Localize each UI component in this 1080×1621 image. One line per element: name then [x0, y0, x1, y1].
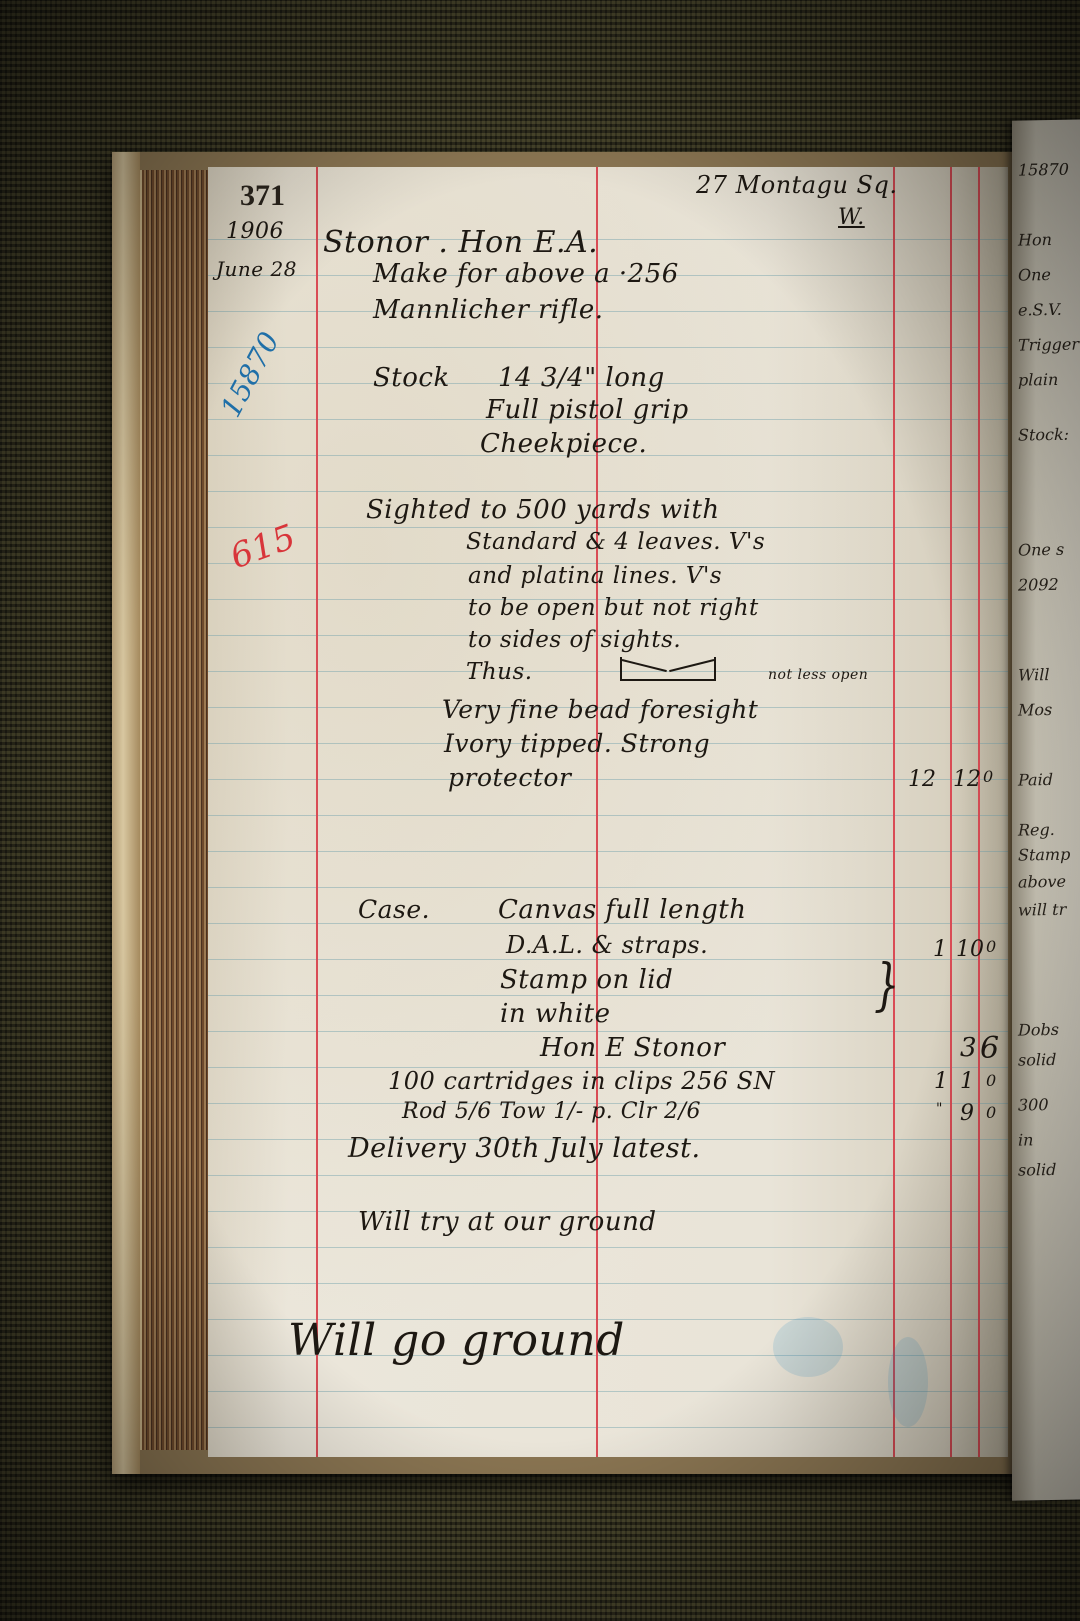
fragment-text: Stamp — [1018, 845, 1070, 865]
fragment-text: Will — [1018, 665, 1050, 685]
fragment-text: Reg. — [1018, 820, 1055, 840]
ruled-line — [208, 1175, 1008, 1176]
ink-stain — [773, 1317, 843, 1377]
entry-line: Mannlicher rifle. — [373, 295, 603, 325]
signature-note: Will go ground — [288, 1315, 625, 1366]
entry-line: Will try at our ground — [358, 1207, 656, 1237]
fragment-text: in — [1018, 1130, 1033, 1149]
amount-shillings: 9 — [960, 1101, 974, 1126]
entry-line: Hon E Stonor — [540, 1033, 725, 1063]
center-rule — [596, 167, 598, 1457]
address-line1: 27 Montagu Sq. — [696, 171, 897, 199]
fragment-text: Stock: — [1018, 425, 1069, 445]
entry-line: to sides of sights. — [468, 627, 681, 653]
page-number: 371 — [240, 179, 285, 213]
brace: } — [874, 954, 900, 1018]
fragment-text: solid — [1018, 1050, 1056, 1070]
ruled-line — [208, 815, 1008, 816]
fragment-text: 2092 — [1018, 575, 1059, 595]
margin-rule — [316, 167, 318, 1457]
ruled-line — [208, 1031, 1008, 1032]
entry-line: to be open but not right — [468, 595, 759, 621]
page-block-edges — [140, 170, 212, 1450]
amount-pounds: 1 — [933, 937, 947, 962]
entry-line: Cheekpiece. — [480, 429, 647, 459]
amount-pence: 0 — [983, 767, 993, 786]
fragment-text: above — [1018, 872, 1066, 892]
blue-margin-note: 15870 — [214, 326, 286, 422]
entry-date: June 28 — [216, 257, 297, 281]
ruled-line — [208, 851, 1008, 852]
amount-shillings: 3 — [960, 1033, 977, 1063]
ink-stain — [888, 1337, 928, 1427]
amount-pence: 0 — [986, 1103, 996, 1122]
entry-line: 100 cartridges in clips 256 SN — [388, 1067, 775, 1095]
amount-pence: 0 — [986, 937, 996, 956]
rear-sight-sketch — [620, 657, 716, 681]
entry-line: Standard & 4 leaves. V's — [466, 529, 765, 555]
pence-column-rule — [978, 167, 980, 1457]
entry-line: Make for above a ·256 — [373, 259, 679, 289]
entry-line: Delivery 30th July latest. — [348, 1133, 701, 1164]
fragment-text: Dobs — [1018, 1020, 1059, 1040]
next-page-fragment: 15870 Hon One e.S.V. Trigger plain Stock… — [1012, 119, 1080, 1500]
book-cover-edge — [112, 152, 140, 1474]
ruled-line — [208, 779, 1008, 780]
fragment-text: Mos — [1018, 700, 1052, 720]
amount-shillings: 1 — [960, 1069, 974, 1094]
ruled-line — [208, 311, 1008, 312]
amount-shillings: 12 — [953, 767, 981, 792]
ledger-page: 371 1906 June 28 Stonor . Hon E.A. 27 Mo… — [208, 167, 1008, 1457]
ruled-line — [208, 1427, 1008, 1428]
entry-line: Ivory tipped. Strong — [444, 729, 710, 758]
address-line2: W. — [838, 205, 865, 230]
ruled-line — [208, 1283, 1008, 1284]
entry-line: protector — [448, 763, 571, 792]
fragment-text: will tr — [1018, 900, 1066, 920]
entry-line: not less open — [768, 667, 868, 683]
fragment-text: plain — [1018, 370, 1058, 390]
amount-pounds: 1 — [934, 1069, 948, 1094]
ruled-line — [208, 1247, 1008, 1248]
amount-shillings: 10 — [956, 937, 984, 962]
entry-line: Very fine bead foresight — [442, 695, 758, 724]
entry-line: Case. — [358, 895, 430, 924]
fragment-text: One s — [1018, 540, 1064, 560]
entry-line: 14 3/4" long — [498, 363, 665, 393]
fragment-text: Paid — [1018, 770, 1053, 790]
fragment-text: Hon — [1018, 230, 1052, 250]
shillings-column-rule — [950, 167, 952, 1457]
entry-year: 1906 — [226, 219, 284, 244]
ruled-line — [208, 347, 1008, 348]
entry-line: Rod 5/6 Tow 1/- p. Clr 2/6 — [402, 1099, 701, 1124]
ruled-line — [208, 491, 1008, 492]
entry-line: Stock — [373, 363, 450, 393]
fragment-text: 300 — [1018, 1095, 1049, 1115]
fragment-text: 15870 — [1018, 160, 1069, 180]
entry-line: D.A.L. & straps. — [506, 931, 708, 959]
fragment-text: solid — [1018, 1160, 1056, 1180]
amount-pounds: 12 — [908, 767, 936, 792]
ruled-line — [208, 887, 1008, 888]
ruled-line — [208, 671, 1008, 672]
entry-line: in white — [500, 999, 610, 1029]
fragment-text: One — [1018, 265, 1051, 285]
fragment-text: Trigger — [1018, 335, 1079, 355]
entry-line: and platina lines. V's — [468, 563, 722, 589]
entry-line: Stamp on lid — [500, 965, 673, 995]
pounds-column-rule — [893, 167, 895, 1457]
customer-name: Stonor . Hon E.A. — [323, 225, 598, 260]
amount-pounds: " — [936, 1101, 942, 1117]
amount-pence: 6 — [980, 1031, 999, 1066]
entry-line: Canvas full length — [498, 895, 746, 925]
amount-pence: 0 — [986, 1071, 996, 1090]
red-margin-note: 615 — [225, 517, 301, 577]
fragment-text: e.S.V. — [1018, 300, 1062, 320]
entry-line: Thus. — [466, 659, 533, 685]
entry-line: Full pistol grip — [486, 395, 689, 425]
entry-line: Sighted to 500 yards with — [366, 495, 720, 525]
ruled-line — [208, 527, 1008, 528]
